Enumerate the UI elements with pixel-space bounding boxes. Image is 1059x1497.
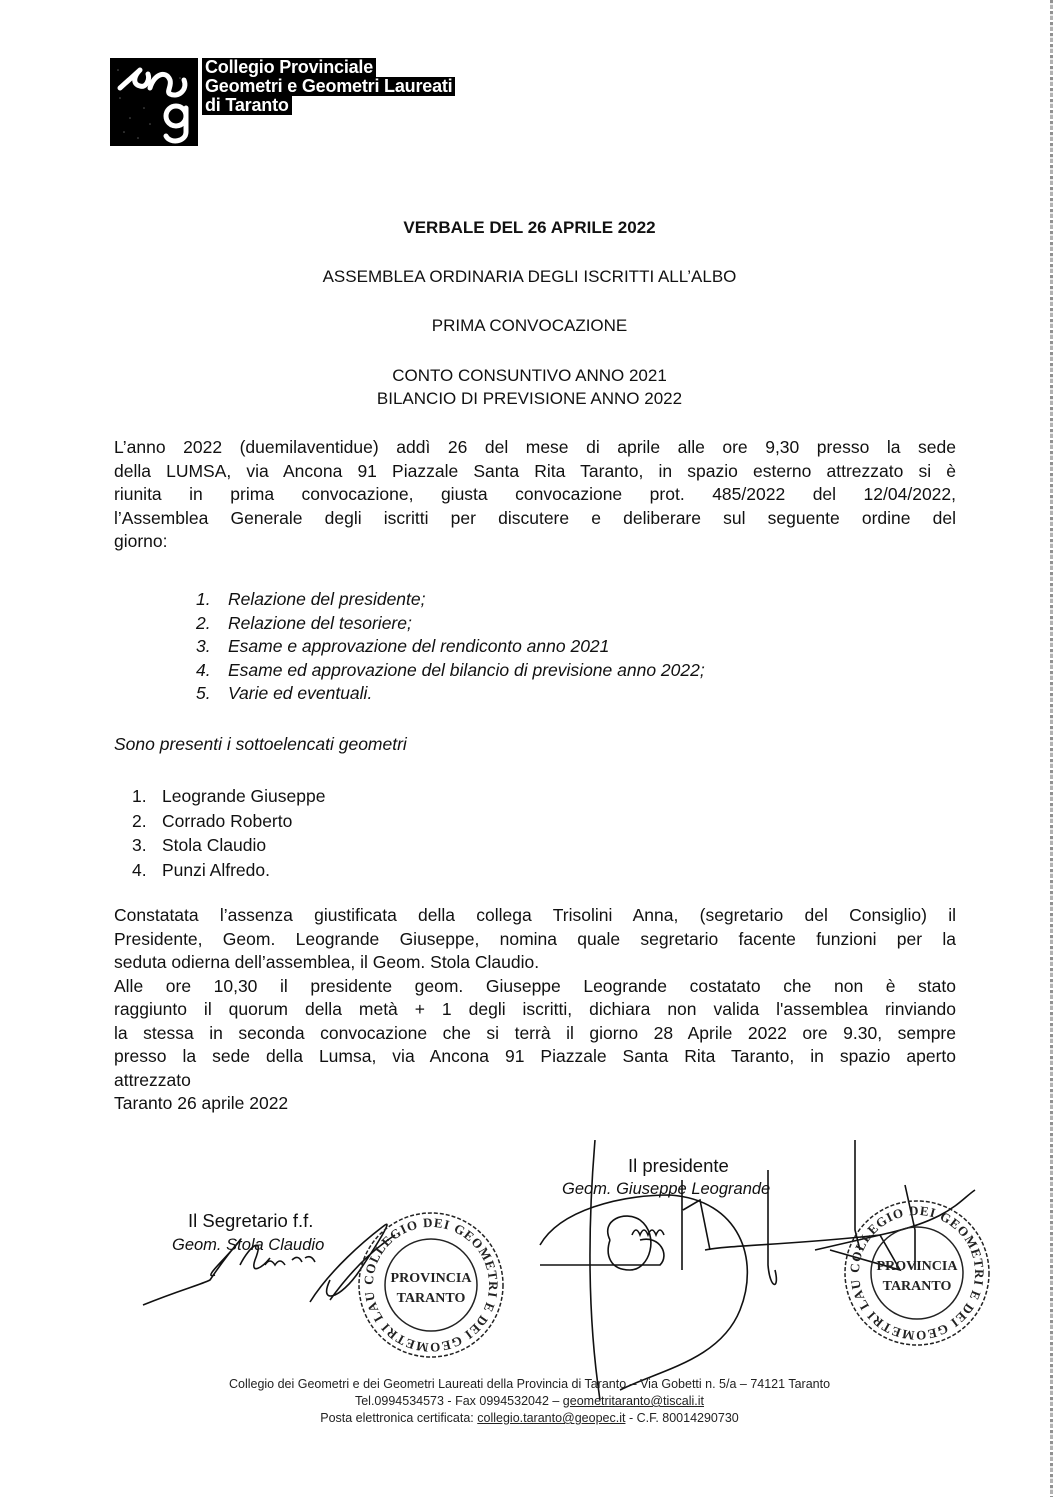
footer-pec-link[interactable]: collegio.taranto@geopec.it xyxy=(477,1411,625,1425)
body-paragraph: Constatata l’assenza giustificata della … xyxy=(114,904,956,1116)
agenda-item: 2.Relazione del tesoriere; xyxy=(196,612,705,636)
intro-line: l’Assemblea Generale degli iscritti per … xyxy=(114,507,956,531)
body-line: raggiunto il quorum della metà + 1 degli… xyxy=(114,998,956,1022)
present-name: Stola Claudio xyxy=(162,833,266,858)
present-item: 3.Stola Claudio xyxy=(132,833,325,858)
agenda-text: Relazione del tesoriere; xyxy=(228,612,412,636)
body-line: Alle ore 10,30 il presidente geom. Giuse… xyxy=(114,975,956,999)
body-line: seduta odierna dell’assemblea, il Geom. … xyxy=(114,951,956,975)
present-name: Punzi Alfredo. xyxy=(162,858,270,883)
intro-line: giorno: xyxy=(114,530,956,554)
subject-line-1: CONTO CONSUNTIVO ANNO 2021 xyxy=(0,366,1059,386)
official-stamp-secretary-icon: COLLEGIO DEI GEOMETRI E DEI GEOMETRI LAU… xyxy=(356,1210,506,1360)
body-line: Constatata l’assenza giustificata della … xyxy=(114,904,956,928)
agenda-item: 5.Varie ed eventuali. xyxy=(196,682,705,706)
intro-paragraph: L’anno 2022 (duemilaventidue) addì 26 de… xyxy=(114,436,956,554)
org-line-1: Collegio Provinciale xyxy=(202,58,376,77)
organization-logo: Collegio Provinciale Geometri e Geometri… xyxy=(110,58,455,146)
body-line: presso la sede della Lumsa, via Ancona 9… xyxy=(114,1045,956,1069)
cgt-monogram-logo-icon xyxy=(110,58,198,146)
subject-line-2: BILANCIO DI PREVISIONE ANNO 2022 xyxy=(0,389,1059,409)
svg-text:TARANTO: TARANTO xyxy=(397,1291,466,1306)
footer-contacts: Tel.0994534573 - Fax 0994532042 – geomet… xyxy=(0,1393,1059,1410)
present-number: 2. xyxy=(132,809,162,834)
call-title: PRIMA CONVOCAZIONE xyxy=(0,316,1059,336)
present-label: Sono presenti i sottoelencati geometri xyxy=(114,734,407,755)
agenda-number: 5. xyxy=(196,682,228,706)
svg-text:TARANTO: TARANTO xyxy=(883,1279,952,1294)
footer-pec-label: Posta elettronica certificata: xyxy=(320,1411,477,1425)
present-name: Corrado Roberto xyxy=(162,809,292,834)
body-line: Presidente, Geom. Leogrande Giuseppe, no… xyxy=(114,928,956,952)
agenda-item: 3.Esame e approvazione del rendiconto an… xyxy=(196,635,705,659)
agenda-number: 3. xyxy=(196,635,228,659)
body-line: la stessa in seconda convocazione che si… xyxy=(114,1022,956,1046)
present-name: Leogrande Giuseppe xyxy=(162,784,325,809)
assembly-title: ASSEMBLEA ORDINARIA DEGLI ISCRITTI ALL’A… xyxy=(0,267,1059,287)
official-stamp-president-icon: COLLEGIO DEI GEOMETRI E DEI GEOMETRI LAU… xyxy=(842,1198,992,1348)
agenda-item: 4.Esame ed approvazione del bilancio di … xyxy=(196,659,705,683)
agenda-number: 1. xyxy=(196,588,228,612)
intro-line: della LUMSA, via Ancona 91 Piazzale Sant… xyxy=(114,460,956,484)
agenda-list: 1.Relazione del presidente; 2.Relazione … xyxy=(196,588,705,706)
present-number: 4. xyxy=(132,858,162,883)
agenda-text: Varie ed eventuali. xyxy=(228,682,372,706)
footer-address: Collegio dei Geometri e dei Geometri Lau… xyxy=(0,1376,1059,1393)
intro-line: riunita in prima convocazione, giusta co… xyxy=(114,483,956,507)
present-number: 3. xyxy=(132,833,162,858)
org-line-2: Geometri e Geometri Laureati xyxy=(202,77,455,96)
agenda-text: Esame e approvazione del rendiconto anno… xyxy=(228,635,609,659)
svg-text:PROVINCIA: PROVINCIA xyxy=(877,1259,959,1274)
footer-email-link[interactable]: geometritaranto@tiscali.it xyxy=(563,1394,704,1408)
footer: Collegio dei Geometri e dei Geometri Lau… xyxy=(0,1376,1059,1427)
intro-line: L’anno 2022 (duemilaventidue) addì 26 de… xyxy=(114,436,956,460)
present-item: 4.Punzi Alfredo. xyxy=(132,858,325,883)
place-date-line: Taranto 26 aprile 2022 xyxy=(114,1092,956,1116)
agenda-text: Relazione del presidente; xyxy=(228,588,426,612)
agenda-text: Esame ed approvazione del bilancio di pr… xyxy=(228,659,705,683)
present-item: 2.Corrado Roberto xyxy=(132,809,325,834)
agenda-number: 2. xyxy=(196,612,228,636)
agenda-item: 1.Relazione del presidente; xyxy=(196,588,705,612)
present-list: 1.Leogrande Giuseppe 2.Corrado Roberto 3… xyxy=(132,784,325,882)
present-item: 1.Leogrande Giuseppe xyxy=(132,784,325,809)
body-line: attrezzato xyxy=(114,1069,956,1093)
footer-phone-fax: Tel.0994534573 - Fax 0994532042 – xyxy=(355,1394,563,1408)
agenda-number: 4. xyxy=(196,659,228,683)
document-title: VERBALE DEL 26 APRILE 2022 xyxy=(0,218,1059,238)
org-line-3: di Taranto xyxy=(202,96,292,115)
organization-name: Collegio Provinciale Geometri e Geometri… xyxy=(202,58,455,115)
svg-text:PROVINCIA: PROVINCIA xyxy=(391,1271,473,1286)
footer-pec: Posta elettronica certificata: collegio.… xyxy=(0,1410,1059,1427)
footer-tax-code: - C.F. 80014290730 xyxy=(625,1411,738,1425)
present-number: 1. xyxy=(132,784,162,809)
